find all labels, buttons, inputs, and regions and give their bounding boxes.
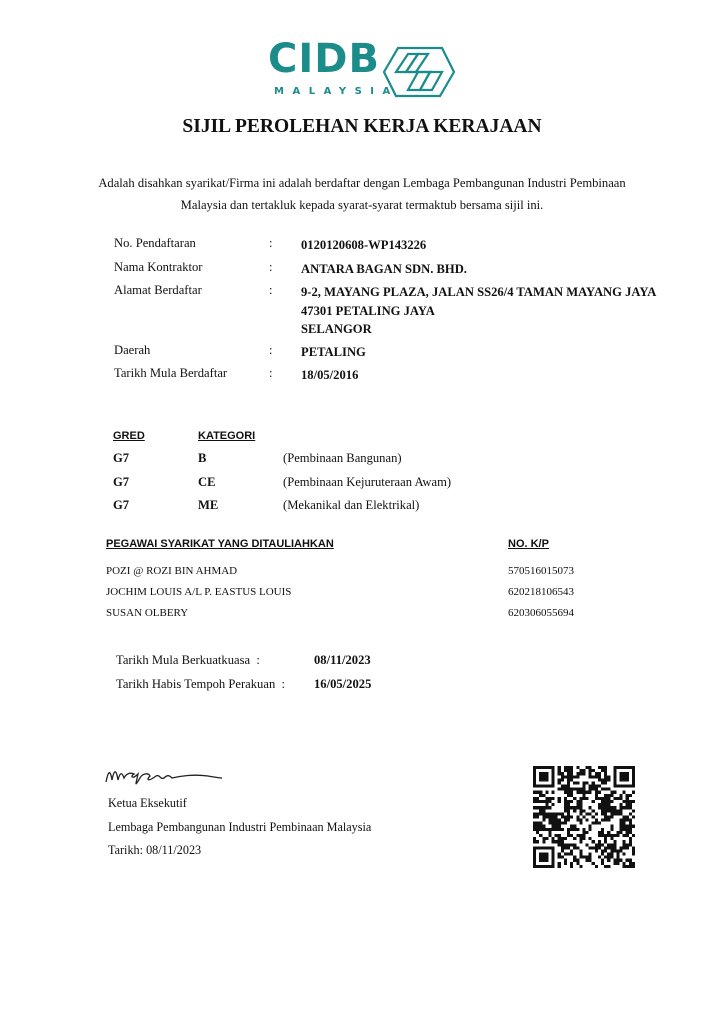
effective-date-label: Tarikh Mula Berkuatkuasa : xyxy=(116,653,260,668)
expiry-date-label: Tarikh Habis Tempoh Perakuan : xyxy=(116,677,285,692)
info-colon: : xyxy=(269,236,273,251)
signature-image xyxy=(104,762,234,790)
officer-name: JOCHIM LOUIS A/L P. EASTUS LOUIS xyxy=(106,586,291,598)
expiry-date: 16/05/2025 xyxy=(314,677,371,692)
officer-ic: 570516015073 xyxy=(508,565,574,577)
officer-ic: 620306055694 xyxy=(508,607,574,619)
registration-number: 0120120608-WP143226 xyxy=(301,236,426,255)
signatory-date: Tarikh: 08/11/2023 xyxy=(108,843,201,858)
effective-date: 08/11/2023 xyxy=(314,653,371,668)
info-colon: : xyxy=(269,366,273,381)
info-colon: : xyxy=(269,283,273,298)
info-colon: : xyxy=(269,260,273,275)
grade-value: G7 xyxy=(113,475,129,490)
category-description: (Mekanikal dan Elektrikal) xyxy=(283,498,419,513)
grade-header: GRED xyxy=(113,430,145,442)
contractor-name: ANTARA BAGAN SDN. BHD. xyxy=(301,260,467,279)
info-colon: : xyxy=(269,343,273,358)
cidb-logo: CIDB MALAYSIA xyxy=(268,42,458,102)
district: PETALING xyxy=(301,343,366,362)
category-header: KATEGORI xyxy=(198,430,255,442)
category-code: ME xyxy=(198,498,218,513)
category-code: CE xyxy=(198,475,216,490)
officer-ic: 620218106543 xyxy=(508,586,574,598)
signatory-organisation: Lembaga Pembangunan Industri Pembinaan M… xyxy=(108,820,371,835)
address-line-3: SELANGOR xyxy=(301,320,372,339)
info-label: Alamat Berdaftar xyxy=(114,283,202,298)
logo-subtitle: MALAYSIA xyxy=(274,86,399,97)
grade-value: G7 xyxy=(113,498,129,513)
info-row-address: Alamat Berdaftar : 9-2, MAYANG PLAZA, JA… xyxy=(0,283,724,343)
registered-date: 18/05/2016 xyxy=(301,366,358,385)
address-line-1: 9-2, MAYANG PLAZA, JALAN SS26/4 TAMAN MA… xyxy=(301,283,656,302)
address-line-2: 47301 PETALING JAYA xyxy=(301,302,435,321)
info-label: Nama Kontraktor xyxy=(114,260,202,275)
cidb-emblem-icon xyxy=(382,46,456,98)
logo-wordmark: CIDB xyxy=(268,36,380,82)
qr-code[interactable] xyxy=(533,766,635,868)
signatory-position: Ketua Eksekutif xyxy=(108,796,187,811)
info-label: Tarikh Mula Berdaftar xyxy=(114,366,227,381)
officer-name: SUSAN OLBERY xyxy=(106,607,188,619)
ic-header: NO. K/P xyxy=(508,538,549,550)
category-description: (Pembinaan Kejuruteraan Awam) xyxy=(283,475,451,490)
officer-name: POZI @ ROZI BIN AHMAD xyxy=(106,565,237,577)
certificate-title: SIJIL PEROLEHAN KERJA KERAJAAN xyxy=(0,116,724,138)
category-code: B xyxy=(198,451,206,466)
intro-paragraph: Adalah disahkan syarikat/Firma ini adala… xyxy=(90,172,634,216)
category-description: (Pembinaan Bangunan) xyxy=(283,451,402,466)
grade-value: G7 xyxy=(113,451,129,466)
officers-header: PEGAWAI SYARIKAT YANG DITAULIAHKAN xyxy=(106,538,334,550)
info-label: No. Pendaftaran xyxy=(114,236,196,251)
info-label: Daerah xyxy=(114,343,150,358)
